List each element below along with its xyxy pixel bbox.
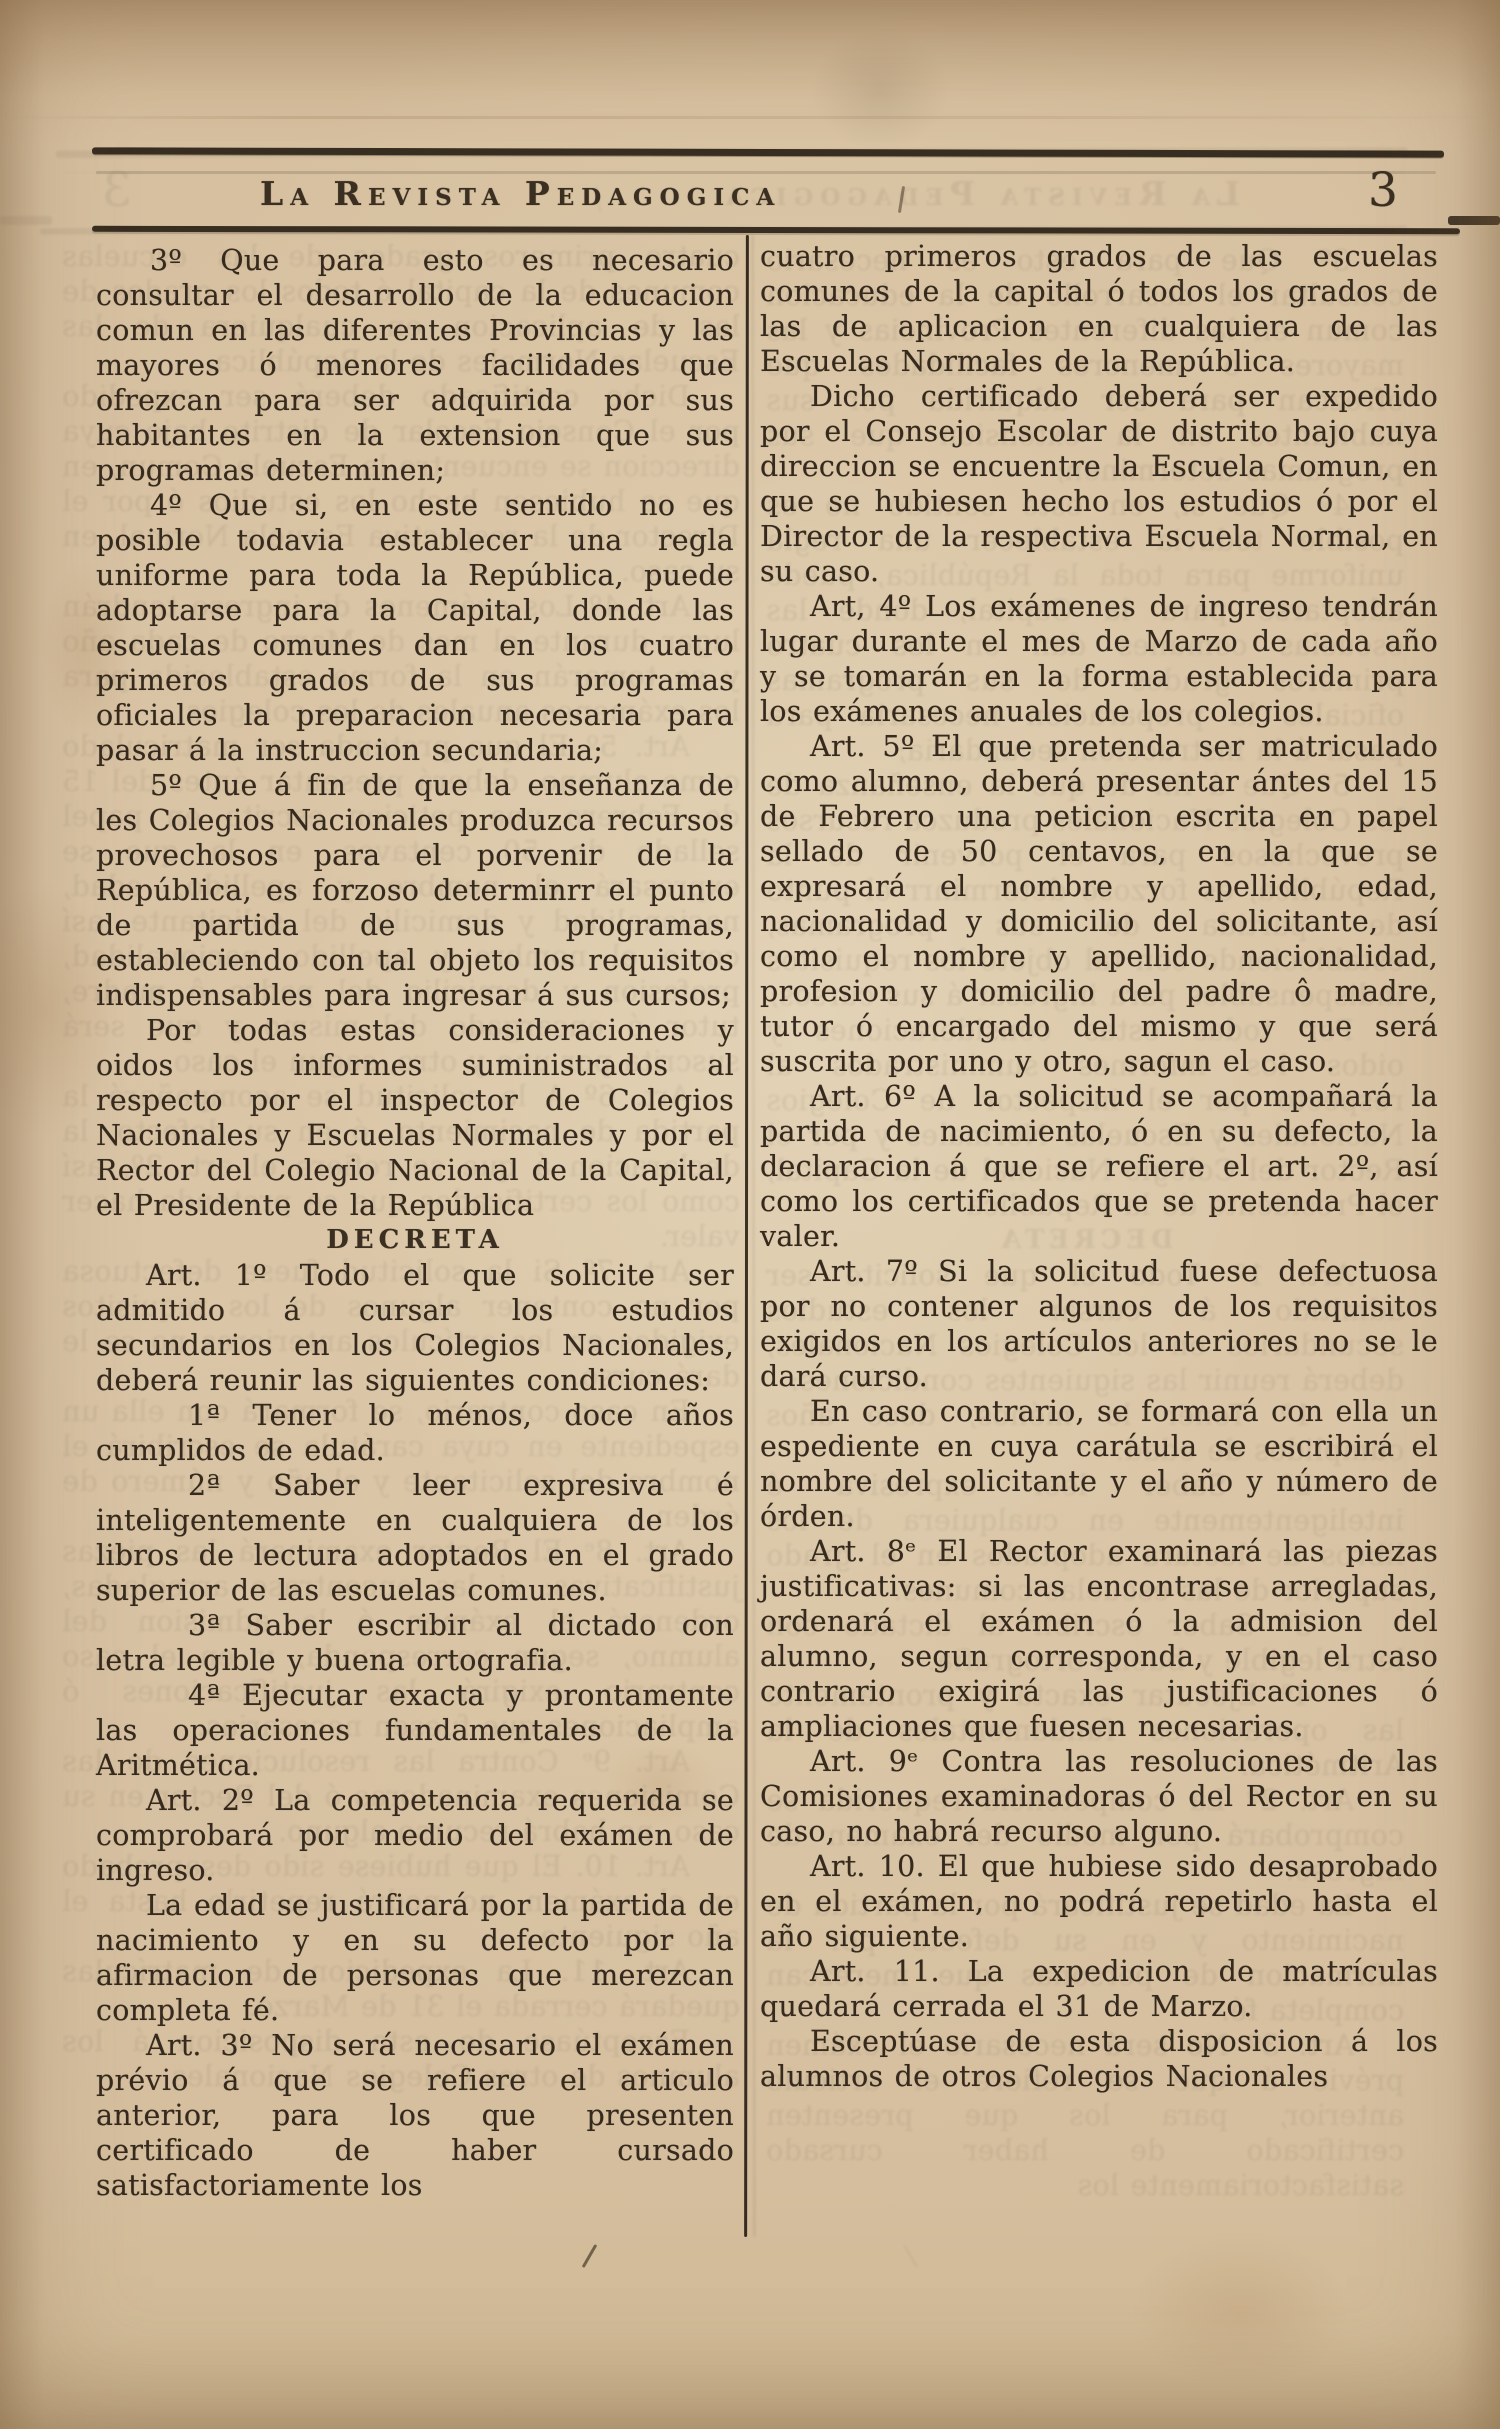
- paragraph-exception: Esceptúase de esta disposicion á los alu…: [760, 2024, 1438, 2094]
- paragraph-condition-3: 3ª Saber escribir al dictado con letra l…: [96, 1608, 734, 1678]
- paragraph-consideration-5: 5º Que á fin de que la enseñanza de les …: [96, 768, 734, 1013]
- paragraph-article-8: Art. 8ᵉ El Rector examinará las piezas j…: [760, 1534, 1438, 1744]
- paragraph-article-9: Art. 9ᵉ Contra las resoluciones de las C…: [760, 1744, 1438, 1849]
- paragraph-article-2-cont: La edad se justificará por la partida de…: [96, 1888, 734, 2028]
- header-rule-bottom: [92, 226, 1460, 234]
- paragraph-article-2: Art. 2º La competencia requerida se comp…: [96, 1783, 734, 1888]
- masthead-title: La Revista Pedagogica: [260, 174, 760, 213]
- paragraph-consideration-4: 4º Que si, en este sentido no es posible…: [96, 488, 734, 768]
- paragraph-article-4: Art, 4º Los exámenes de ingreso tendrán …: [760, 589, 1438, 729]
- left-column: 3º Que para esto es necesario consultar …: [96, 243, 734, 2203]
- paragraph-article-5: Art. 5º El que pretenda ser matriculado …: [760, 729, 1438, 1079]
- paragraph-consideration-3: 3º Que para esto es necesario consultar …: [96, 243, 734, 488]
- paragraph-condition-2: 2ª Saber leer expresiva é inteligentemen…: [96, 1468, 734, 1608]
- paragraph-certificate: Dicho certificado deberá ser expedido po…: [760, 379, 1438, 589]
- paragraph-condition-1: 1ª Tener lo ménos, doce años cumplidos d…: [96, 1398, 734, 1468]
- ink-mark: [582, 2244, 598, 2268]
- paragraph-article-3-cont: cuatro primeros grados de las escuelas c…: [760, 239, 1438, 379]
- paragraph-article-1: Art. 1º Todo el que solicite ser admitid…: [96, 1258, 734, 1398]
- header-rule-top: [92, 147, 1444, 157]
- paragraph-preamble: Por todas estas consideraciones y oidos …: [96, 1013, 734, 1223]
- column-divider: [744, 235, 749, 2237]
- page-number: 3: [1368, 163, 1398, 218]
- print-layer: La Revista Pedagogica 3 3º Que para esto…: [0, 0, 1500, 2429]
- decree-heading: DECRETA: [96, 1223, 734, 1258]
- paragraph-article-3: Art. 3º No será necesario el exámen prév…: [96, 2028, 734, 2203]
- ink-mark: [898, 186, 905, 213]
- paragraph-article-7-cont: En caso contrario, se formará con ella u…: [760, 1394, 1438, 1534]
- paragraph-condition-4: 4ª Ejecutar exacta y prontamente las ope…: [96, 1678, 734, 1783]
- paragraph-article-11: Art. 11. La expedicion de matrículas que…: [760, 1954, 1438, 2024]
- paragraph-article-10: Art. 10. El que hubiese sido desaprobado…: [760, 1849, 1438, 1954]
- paragraph-article-7: Art. 7º Si la solicitud fuese defectuosa…: [760, 1254, 1438, 1394]
- header-rule-end-mark: [1448, 216, 1500, 225]
- right-column: cuatro primeros grados de las escuelas c…: [760, 239, 1438, 2094]
- paragraph-article-6: Art. 6º A la solicitud se acompañará la …: [760, 1079, 1438, 1254]
- scanned-page: { "header": { "title": "La Revista Pedag…: [0, 0, 1500, 2429]
